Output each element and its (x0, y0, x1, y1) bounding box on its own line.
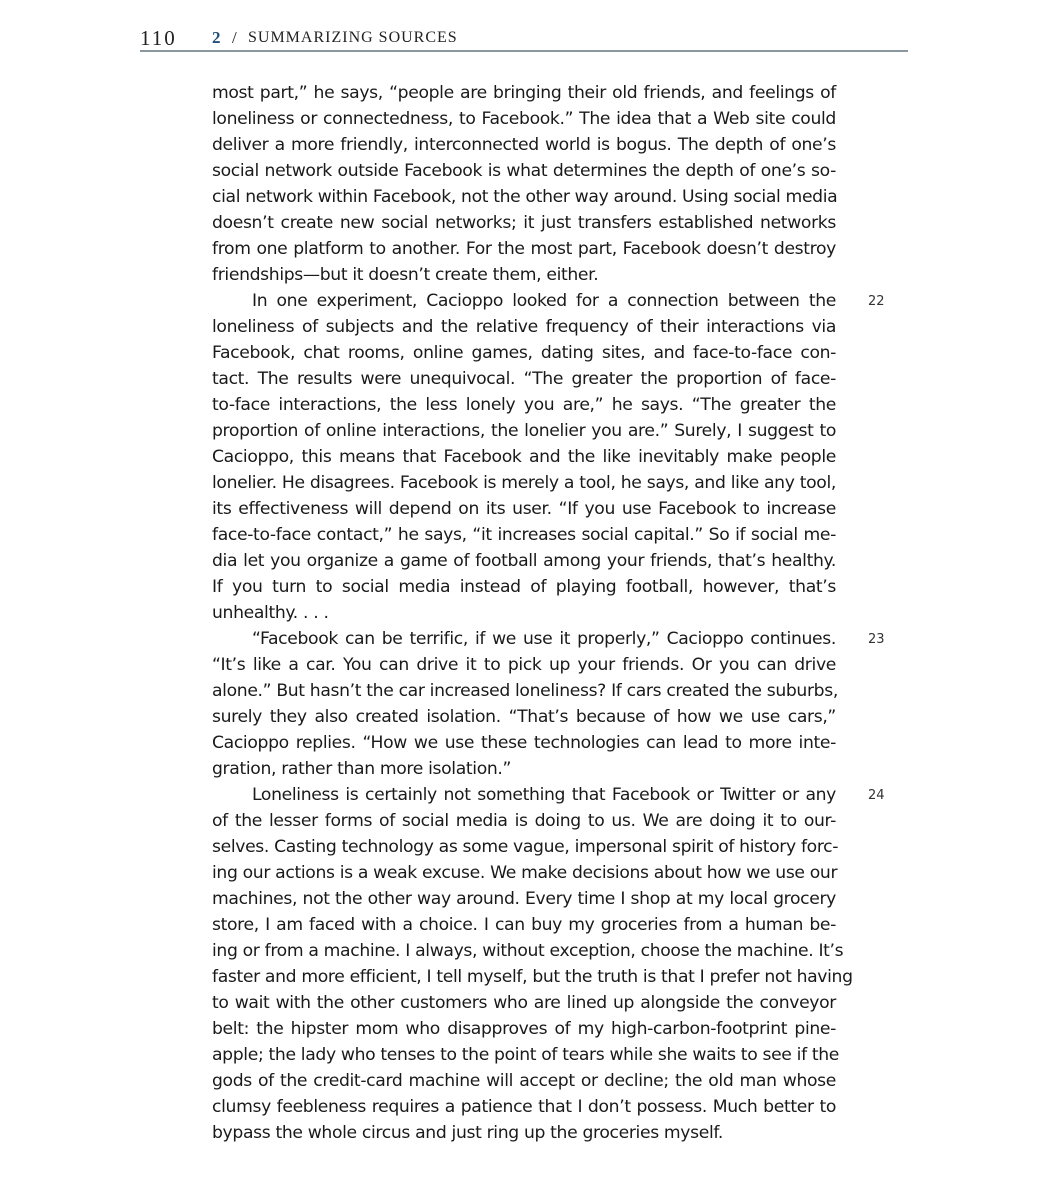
text-line: loneliness of subjects and the relative … (212, 314, 836, 340)
paragraph-number: 24 (868, 783, 888, 809)
text-line: If you turn to social media instead of p… (212, 574, 836, 600)
header-separator: / (232, 28, 237, 48)
text-line: gration, rather than more isolation.” (212, 756, 836, 782)
text-line: “Facebook can be terrific, if we use it … (212, 626, 836, 652)
text-line: selves. Casting technology as some vague… (212, 834, 836, 860)
text-line: to wait with the other customers who are… (212, 990, 836, 1016)
text-line: Loneliness is certainly not something th… (212, 782, 836, 808)
text-line: cial network within Facebook, not the ot… (212, 184, 836, 210)
paragraph: most part,” he says, “people are bringin… (212, 80, 836, 288)
text-line: most part,” he says, “people are bringin… (212, 80, 836, 106)
text-line: social network outside Facebook is what … (212, 158, 836, 184)
text-line: Cacioppo, this means that Facebook and t… (212, 444, 836, 470)
text-line: bypass the whole circus and just ring up… (212, 1120, 836, 1146)
chapter-number: 2 (212, 28, 221, 48)
text-line: “It’s like a car. You can drive it to pi… (212, 652, 836, 678)
text-line: ing or from a machine. I always, without… (212, 938, 836, 964)
text-line: store, I am faced with a choice. I can b… (212, 912, 836, 938)
text-line: alone.” But hasn’t the car increased lon… (212, 678, 836, 704)
text-line: friendships—but it doesn’t create them, … (212, 262, 836, 288)
text-line: deliver a more friendly, interconnected … (212, 132, 836, 158)
body-text: most part,” he says, “people are bringin… (212, 80, 836, 1146)
text-line: dia let you organize a game of football … (212, 548, 836, 574)
paragraph-number: 23 (868, 627, 888, 653)
text-line: Facebook, chat rooms, online games, dati… (212, 340, 836, 366)
text-line: its effectiveness will depend on its use… (212, 496, 836, 522)
text-line: of the lesser forms of social media is d… (212, 808, 836, 834)
text-line: lonelier. He disagrees. Facebook is mere… (212, 470, 836, 496)
text-line: doesn’t create new social networks; it j… (212, 210, 836, 236)
text-line: ing our actions is a weak excuse. We mak… (212, 860, 836, 886)
text-line: gods of the credit-card machine will acc… (212, 1068, 836, 1094)
text-line: faster and more efficient, I tell myself… (212, 964, 836, 990)
text-line: In one experiment, Cacioppo looked for a… (212, 288, 836, 314)
paragraph: In one experiment, Cacioppo looked for a… (212, 288, 836, 626)
text-line: proportion of online interactions, the l… (212, 418, 836, 444)
text-line: tact. The results were unequivocal. “The… (212, 366, 836, 392)
text-line: face-to-face contact,” he says, “it incr… (212, 522, 836, 548)
chapter-title: SUMMARIZING SOURCES (248, 29, 458, 47)
text-line: from one platform to another. For the mo… (212, 236, 836, 262)
text-line: apple; the lady who tenses to the point … (212, 1042, 836, 1068)
text-line: to-face interactions, the less lonely yo… (212, 392, 836, 418)
text-line: Cacioppo replies. “How we use these tech… (212, 730, 836, 756)
text-line: loneliness or connectedness, to Facebook… (212, 106, 836, 132)
paragraph: Loneliness is certainly not something th… (212, 782, 836, 1146)
paragraph: “Facebook can be terrific, if we use it … (212, 626, 836, 782)
text-line: clumsy feebleness requires a patience th… (212, 1094, 836, 1120)
text-line: surely they also created isolation. “Tha… (212, 704, 836, 730)
page-number: 110 (140, 26, 177, 51)
text-line: belt: the hipster mom who disapproves of… (212, 1016, 836, 1042)
running-header: 110 2 / SUMMARIZING SOURCES (140, 26, 908, 52)
paragraph-number: 22 (868, 289, 888, 315)
text-line: unhealthy. . . . (212, 600, 836, 626)
text-line: machines, not the other way around. Ever… (212, 886, 836, 912)
